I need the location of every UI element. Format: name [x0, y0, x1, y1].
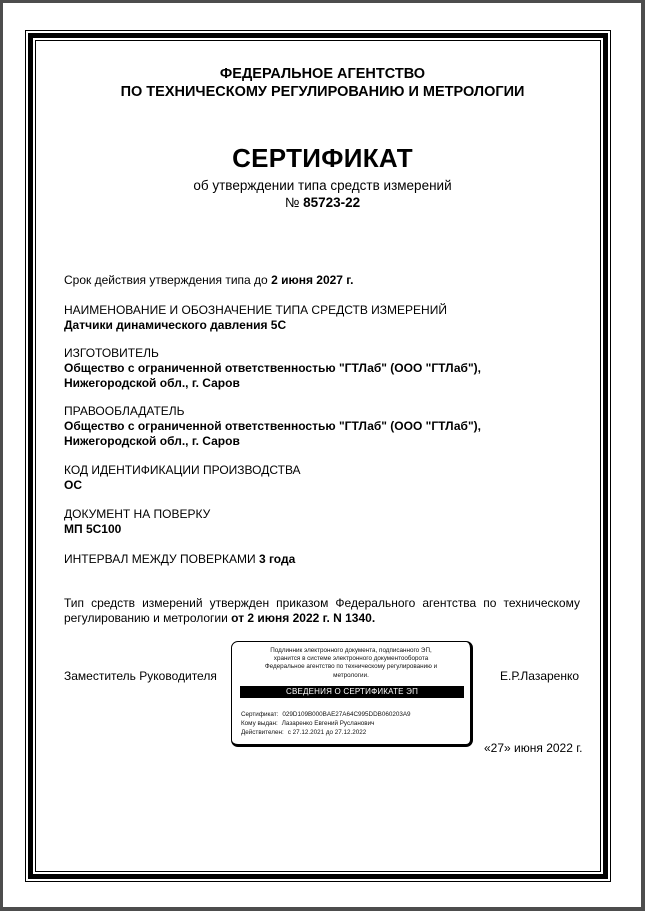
- agency-line-1: ФЕДЕРАЛЬНОЕ АГЕНТСТВО: [0, 65, 645, 83]
- certificate-subtitle: об утверждении типа средств измерений: [0, 177, 645, 194]
- stamp-issued-to-value: Лазаренко Евгений Русланович: [282, 720, 375, 727]
- stamp-details: Сертификат:029D109B000BAE27A64C995DDB060…: [241, 710, 411, 737]
- field-label: ПРАВООБЛАДАТЕЛЬ: [64, 404, 584, 419]
- stamp-certificate-row: Сертификат:029D109B000BAE27A64C995DDB060…: [241, 710, 411, 719]
- decree-reference: от 2 июня 2022 г. N 1340.: [231, 611, 375, 625]
- field-manufacturer: ИЗГОТОВИТЕЛЬ Общество с ограниченной отв…: [64, 346, 584, 391]
- stamp-valid-label: Действителен:: [241, 728, 284, 737]
- stamp-note-line: хранится в системе электронного документ…: [238, 655, 464, 663]
- number-sign: №: [285, 195, 299, 210]
- field-label: ДОКУМЕНТ НА ПОВЕРКУ: [64, 507, 584, 522]
- signer-name: Е.Р.Лазаренко: [500, 669, 579, 684]
- field-value: Датчики динамического давления 5С: [64, 318, 584, 333]
- agency-line-2: ПО ТЕХНИЧЕСКОМУ РЕГУЛИРОВАНИЮ И МЕТРОЛОГ…: [0, 83, 645, 101]
- field-value-line-1: Общество с ограниченной ответственностью…: [64, 419, 584, 434]
- signer-role: Заместитель Руководителя: [64, 669, 217, 684]
- field-label: КОД ИДЕНТИФИКАЦИИ ПРОИЗВОДСТВА: [64, 463, 584, 478]
- field-label: ИЗГОТОВИТЕЛЬ: [64, 346, 584, 361]
- stamp-title-bar: СВЕДЕНИЯ О СЕРТИФИКАТЕ ЭП: [240, 686, 464, 698]
- issue-date: «27» июня 2022 г.: [484, 741, 582, 756]
- field-value: 3 года: [259, 552, 295, 566]
- validity-line: Срок действия утверждения типа до 2 июня…: [64, 273, 584, 288]
- stamp-issued-to-row: Кому выдан:Лазаренко Евгений Русланович: [241, 719, 411, 728]
- decree-paragraph: Тип средств измерений утвержден приказом…: [64, 596, 580, 626]
- field-production-code: КОД ИДЕНТИФИКАЦИИ ПРОИЗВОДСТВА ОС: [64, 463, 584, 493]
- agency-heading: ФЕДЕРАЛЬНОЕ АГЕНТСТВО ПО ТЕХНИЧЕСКОМУ РЕ…: [0, 65, 645, 101]
- stamp-note-line: Подлинник электронного документа, подпис…: [238, 647, 464, 655]
- certificate-number: № 85723-22: [0, 194, 645, 211]
- field-value-line-1: Общество с ограниченной ответственностью…: [64, 361, 584, 376]
- stamp-issued-to-label: Кому выдан:: [241, 719, 278, 728]
- validity-value: 2 июня 2027 г.: [271, 273, 353, 287]
- validity-label: Срок действия утверждения типа до: [64, 273, 268, 287]
- e-signature-stamp: Подлинник электронного документа, подпис…: [231, 641, 473, 747]
- field-verification-interval: ИНТЕРВАЛ МЕЖДУ ПОВЕРКАМИ 3 года: [64, 552, 584, 567]
- stamp-note-line: метрологии.: [238, 672, 464, 680]
- field-label: НАИМЕНОВАНИЕ И ОБОЗНАЧЕНИЕ ТИПА СРЕДСТВ …: [64, 303, 584, 318]
- field-value: ОС: [64, 478, 584, 493]
- stamp-certificate-value: 029D109B000BAE27A64C995DDB060203A9: [282, 711, 410, 718]
- stamp-note-line: Федеральное агентство по техническому ре…: [238, 663, 464, 671]
- field-label: ИНТЕРВАЛ МЕЖДУ ПОВЕРКАМИ: [64, 552, 256, 566]
- stamp-certificate-label: Сертификат:: [241, 710, 278, 719]
- stamp-valid-value: с 27.12.2021 до 27.12.2022: [288, 729, 367, 736]
- field-value: МП 5С100: [64, 522, 584, 537]
- field-verification-document: ДОКУМЕНТ НА ПОВЕРКУ МП 5С100: [64, 507, 584, 537]
- field-rights-holder: ПРАВООБЛАДАТЕЛЬ Общество с ограниченной …: [64, 404, 584, 449]
- stamp-valid-row: Действителен:с 27.12.2021 до 27.12.2022: [241, 728, 411, 737]
- field-value-line-2: Нижегородской обл., г. Саров: [64, 434, 584, 449]
- number-value: 85723-22: [303, 195, 360, 210]
- stamp-note: Подлинник электронного документа, подпис…: [238, 647, 464, 680]
- field-value-line-2: Нижегородской обл., г. Саров: [64, 376, 584, 391]
- field-type-name: НАИМЕНОВАНИЕ И ОБОЗНАЧЕНИЕ ТИПА СРЕДСТВ …: [64, 303, 584, 333]
- certificate-title: СЕРТИФИКАТ: [0, 143, 645, 173]
